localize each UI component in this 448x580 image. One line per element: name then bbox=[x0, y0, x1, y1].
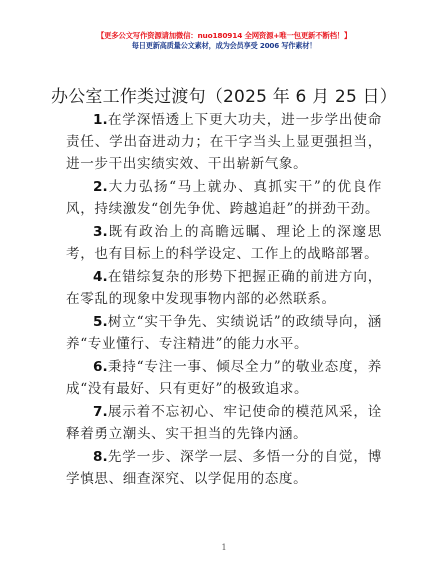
document-body: 1.在学深悟透上下更大功夫，进一步学出使命责任、学出奋进动力；在干字当头上显更强… bbox=[66, 109, 382, 491]
paragraph-4: 4.在错综复杂的形势下把握正确的前进方向，在零乱的现象中发现事物内部的必然联系。 bbox=[66, 266, 382, 310]
paragraph-number: 4. bbox=[93, 269, 108, 285]
paragraph-2: 2.大力弘扬“马上就办、真抓实干”的优良作风，持续激发“创先争优、跨越追赶”的拼… bbox=[66, 176, 382, 220]
paragraph-number: 1. bbox=[93, 112, 108, 128]
paragraph-text: 展示着不忘初心、牢记使命的模范风采，诠释着勇立潮头、实干担当的先锋内涵。 bbox=[66, 404, 382, 442]
paragraph-3: 3.既有政治上的高瞻远瞩、理论上的深邃思考，也有目标上的科学设定、工作上的战略部… bbox=[66, 221, 382, 265]
paragraph-text: 先学一步、深学一层、多悟一分的自觉，博学慎思、细查深究、以学促用的态度。 bbox=[66, 449, 382, 487]
paragraph-number: 8. bbox=[93, 449, 108, 465]
paragraph-number: 3. bbox=[93, 224, 108, 240]
page-number: 1 bbox=[0, 543, 448, 552]
paragraph-text: 秉持“专注一事、倾尽全力”的敬业态度，养成“没有最好、只有更好”的极致追求。 bbox=[66, 359, 382, 397]
paragraph-number: 2. bbox=[93, 179, 108, 195]
document-title: 办公室工作类过渡句（2025 年 6 月 25 日） bbox=[0, 82, 448, 107]
paragraph-number: 7. bbox=[93, 404, 108, 420]
paragraph-8: 8.先学一步、深学一层、多悟一分的自觉，博学慎思、细查深究、以学促用的态度。 bbox=[66, 446, 382, 490]
promo-banner-line-1: 【更多公文写作资源请加微信：nuo180914 全网资源+唯一包更新不断档！】 bbox=[0, 30, 448, 41]
paragraph-text: 树立“实干争先、实绩说话”的政绩导向，涵养“专业懂行、专注精进”的能力水平。 bbox=[66, 314, 382, 352]
paragraph-text: 大力弘扬“马上就办、真抓实干”的优良作风，持续激发“创先争优、跨越追赶”的拼劲干… bbox=[66, 179, 382, 217]
paragraph-text: 既有政治上的高瞻远瞩、理论上的深邃思考，也有目标上的科学设定、工作上的战略部署。 bbox=[66, 224, 382, 262]
paragraph-6: 6.秉持“专注一事、倾尽全力”的敬业态度，养成“没有最好、只有更好”的极致追求。 bbox=[66, 356, 382, 400]
paragraph-number: 6. bbox=[93, 359, 108, 375]
promo-banner-line-2: 每日更新高质量公文素材，成为会员享受 2006 写作素材！ bbox=[0, 41, 448, 51]
paragraph-1: 1.在学深悟透上下更大功夫，进一步学出使命责任、学出奋进动力；在干字当头上显更强… bbox=[66, 109, 382, 175]
document-page: 【更多公文写作资源请加微信：nuo180914 全网资源+唯一包更新不断档！】 … bbox=[0, 0, 448, 580]
paragraph-number: 5. bbox=[93, 314, 108, 330]
paragraph-7: 7.展示着不忘初心、牢记使命的模范风采，诠释着勇立潮头、实干担当的先锋内涵。 bbox=[66, 401, 382, 445]
paragraph-text: 在学深悟透上下更大功夫，进一步学出使命责任、学出奋进动力；在干字当头上显更强担当… bbox=[66, 112, 382, 172]
paragraph-text: 在错综复杂的形势下把握正确的前进方向，在零乱的现象中发现事物内部的必然联系。 bbox=[66, 269, 382, 307]
paragraph-5: 5.树立“实干争先、实绩说话”的政绩导向，涵养“专业懂行、专注精进”的能力水平。 bbox=[66, 311, 382, 355]
